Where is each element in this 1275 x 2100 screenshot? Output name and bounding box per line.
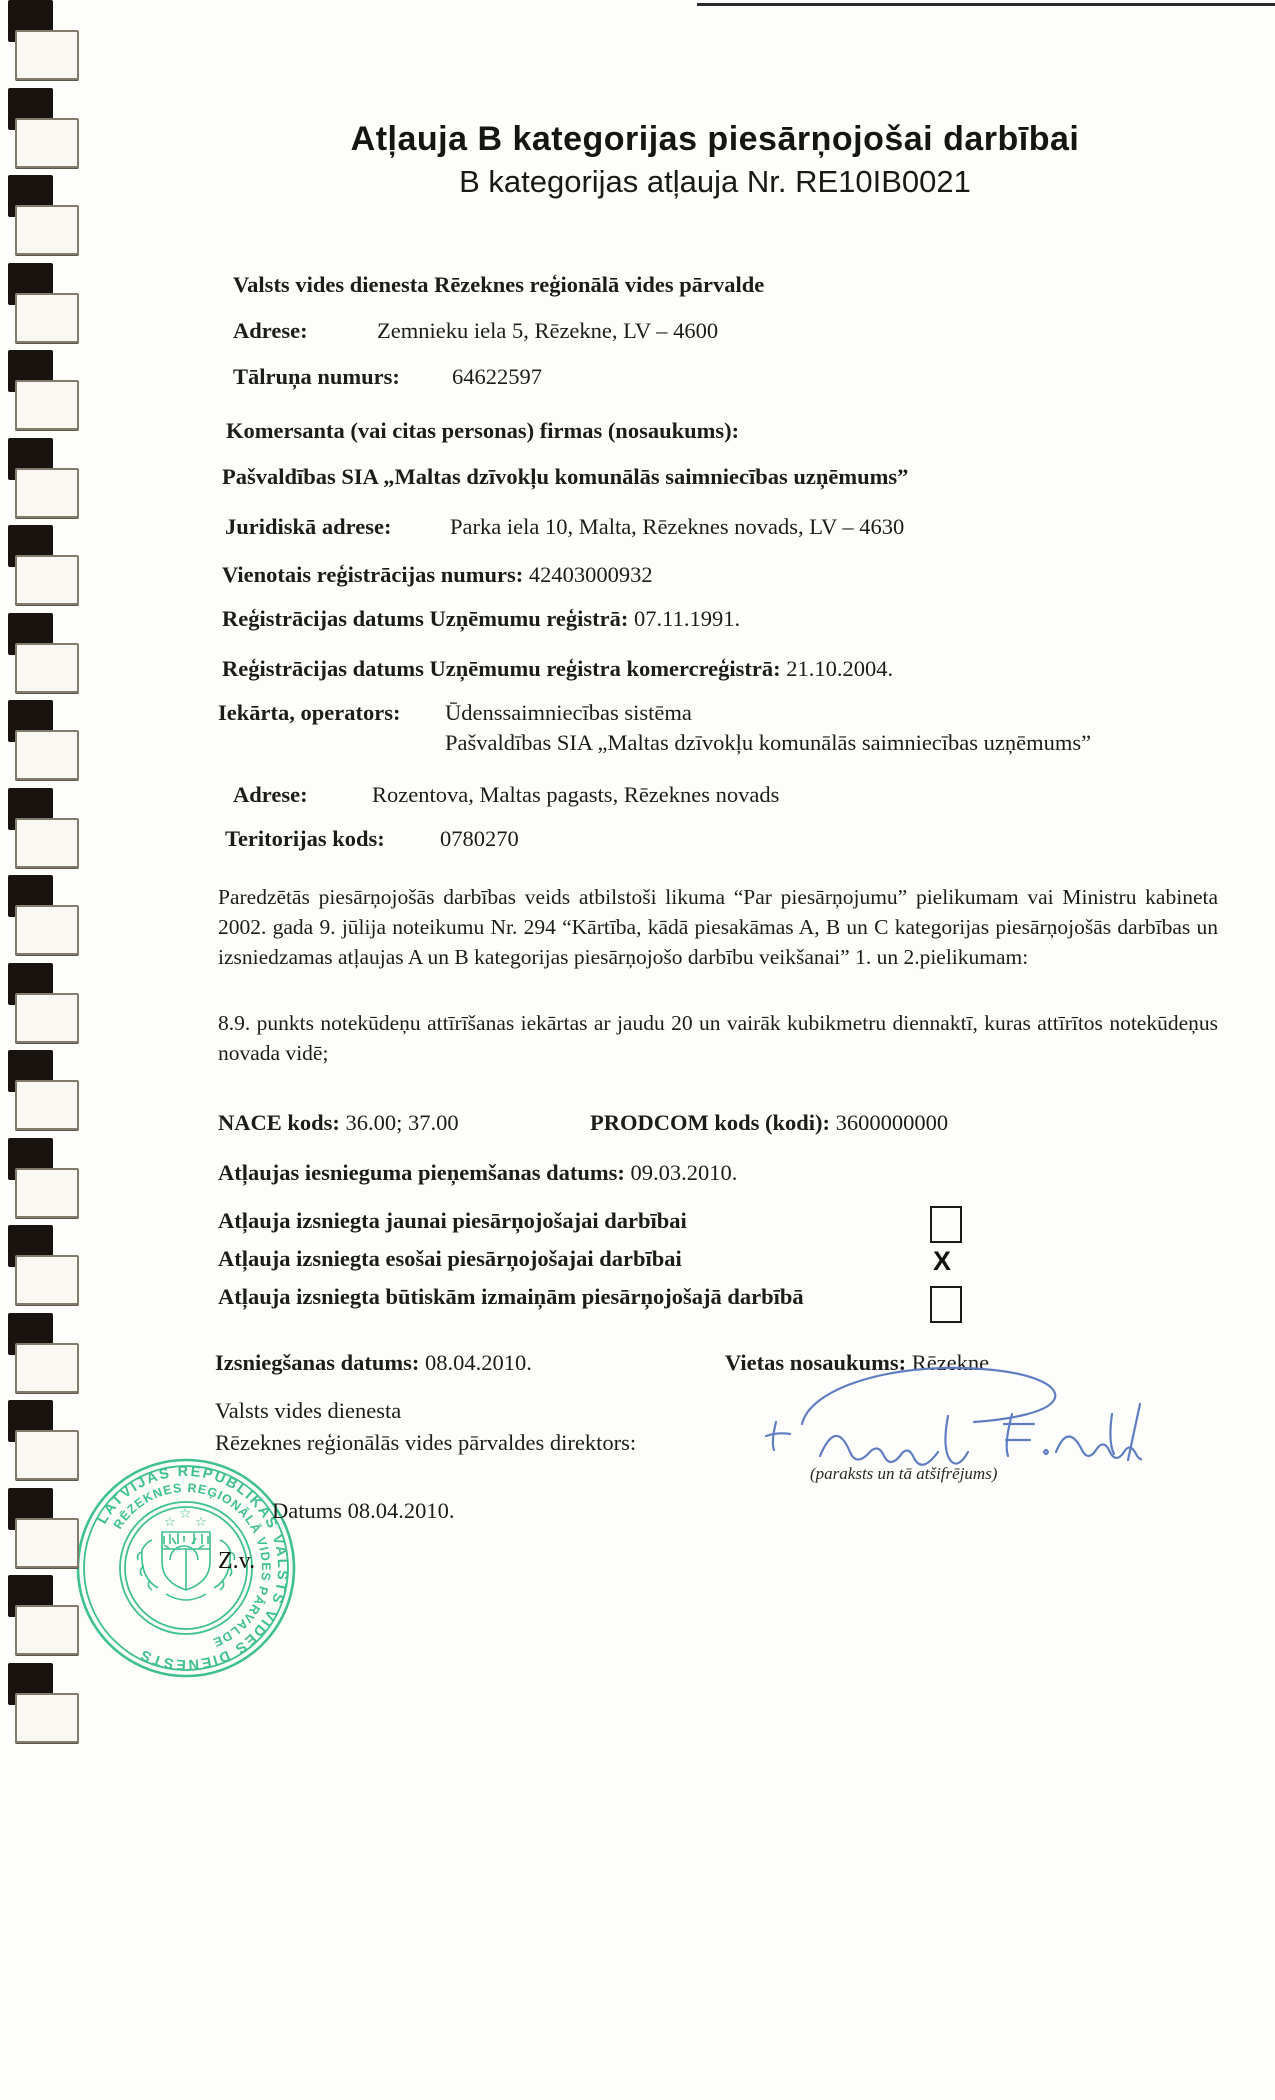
binding-tooth xyxy=(0,788,90,876)
application-date-row: Atļaujas iesnieguma pieņemšanas datums: … xyxy=(218,1160,737,1186)
binding-tooth-tab xyxy=(15,993,79,1043)
firm-label: Komersanta (vai citas personas) firmas (… xyxy=(226,418,739,444)
comm-reg-date-value: 21.10.2004. xyxy=(786,656,893,681)
binding-tooth xyxy=(0,263,90,351)
activity-clause: 8.9. punkts notekūdeņu attīrīšanas iekār… xyxy=(218,1008,1218,1068)
authority-phone-row: Tālruņa numurs: xyxy=(233,364,400,390)
authority-phone-value: 64622597 xyxy=(452,364,542,390)
installation-label: Iekārta, operators: xyxy=(218,700,400,726)
activity-paragraph: Paredzētās piesārņojošās darbības veids … xyxy=(218,882,1218,972)
binding-tooth xyxy=(0,1050,90,1138)
binding-tooth-tab xyxy=(15,1343,79,1393)
issue-date-value: 08.04.2010. xyxy=(425,1350,532,1375)
document-title: Atļauja B kategorijas piesārņojošai darb… xyxy=(0,120,1275,159)
binding-tooth xyxy=(0,1400,90,1488)
reg-date-label: Reģistrācijas datums Uzņēmumu reģistrā: xyxy=(222,606,628,631)
issue-option-new-label: Atļauja izsniegta jaunai piesārņojošajai… xyxy=(218,1208,687,1234)
binding-tooth xyxy=(0,88,90,176)
installation-line1: Ūdenssaimniecības sistēma xyxy=(445,700,692,726)
comm-reg-date-label: Reģistrācijas datums Uzņēmumu reģistra k… xyxy=(222,656,781,681)
binding-tooth-tab xyxy=(15,1605,79,1655)
binding-tooth-tab xyxy=(15,118,79,168)
binding-tooth-tab xyxy=(15,1168,79,1218)
issue-option-new-checkbox[interactable] xyxy=(930,1206,962,1243)
binding-tooth-tab xyxy=(15,905,79,955)
nace-value: 36.00; 37.00 xyxy=(346,1110,459,1135)
nace-label: NACE kods: xyxy=(218,1110,340,1135)
comm-reg-date-row: Reģistrācijas datums Uzņēmumu reģistra k… xyxy=(222,656,893,682)
site-address-value: Rozentova, Maltas pagasts, Rēzeknes nova… xyxy=(372,782,779,808)
territory-code-value: 0780270 xyxy=(440,826,519,852)
signature-date-line: Datums 08.04.2010. xyxy=(272,1498,455,1524)
reg-date-value: 07.11.1991. xyxy=(634,606,740,631)
binding-tooth-tab xyxy=(15,30,79,80)
binding-tooth-tab xyxy=(15,555,79,605)
issue-option-existing-label: Atļauja izsniegta esošai piesārņojošajai… xyxy=(218,1246,682,1272)
binding-comb xyxy=(0,0,90,1760)
binding-tooth xyxy=(0,613,90,701)
binding-tooth xyxy=(0,0,90,88)
binding-tooth-tab xyxy=(15,468,79,518)
installation-line2: Pašvaldības SIA „Maltas dzīvokļu komunāl… xyxy=(445,730,1091,756)
binding-tooth xyxy=(0,1663,90,1751)
binding-tooth-tab xyxy=(15,818,79,868)
application-date-value: 09.03.2010. xyxy=(631,1160,738,1185)
binding-tooth-tab xyxy=(15,1080,79,1130)
authority-name: Valsts vides dienesta Rēzeknes reģionālā… xyxy=(233,272,764,298)
binding-tooth xyxy=(0,438,90,526)
binding-tooth xyxy=(0,1488,90,1576)
issue-date-row: Izsniegšanas datums: 08.04.2010. xyxy=(215,1350,532,1376)
binding-tooth-tab xyxy=(15,1430,79,1480)
binding-tooth-tab xyxy=(15,1255,79,1305)
binding-tooth-tab xyxy=(15,293,79,343)
binding-tooth-tab xyxy=(15,730,79,780)
application-date-label: Atļaujas iesnieguma pieņemšanas datums: xyxy=(218,1160,625,1185)
reg-number-label: Vienotais reģistrācijas numurs: xyxy=(222,562,523,587)
signatory-line1: Valsts vides dienesta xyxy=(215,1398,401,1424)
binding-tooth xyxy=(0,1138,90,1226)
site-address-label: Adrese: xyxy=(233,782,308,808)
binding-tooth xyxy=(0,963,90,1051)
prodcom-value: 3600000000 xyxy=(836,1110,949,1135)
binding-tooth xyxy=(0,700,90,788)
legal-address-value: Parka iela 10, Malta, Rēzeknes novads, L… xyxy=(450,514,904,540)
authority-address-label: Adrese: xyxy=(233,318,308,343)
prodcom-label: PRODCOM kods (kodi): xyxy=(590,1110,830,1135)
binding-tooth xyxy=(0,175,90,263)
nace-row: NACE kods: 36.00; 37.00 xyxy=(218,1110,459,1136)
issue-option-changes-checkbox[interactable] xyxy=(930,1286,962,1323)
firm-name: Pašvaldības SIA „Maltas dzīvokļu komunāl… xyxy=(222,464,908,490)
issue-option-changes-label: Atļauja izsniegta būtiskām izmaiņām pies… xyxy=(218,1284,804,1310)
seal-place-note: Z.v. xyxy=(218,1548,255,1575)
svg-text:☆: ☆ xyxy=(195,1515,207,1530)
svg-text:☆: ☆ xyxy=(179,1506,192,1522)
binding-tooth xyxy=(0,350,90,438)
binding-tooth-tab xyxy=(15,205,79,255)
binding-tooth xyxy=(0,525,90,613)
reg-date-row: Reģistrācijas datums Uzņēmumu reģistrā: … xyxy=(222,606,740,632)
binding-tooth-tab xyxy=(15,643,79,693)
binding-tooth xyxy=(0,1575,90,1663)
reg-number-value: 42403000932 xyxy=(529,562,653,587)
authority-phone-label: Tālruņa numurs: xyxy=(233,364,400,389)
issue-option-existing-checkmark[interactable]: X xyxy=(933,1246,951,1277)
scan-top-edge-line xyxy=(697,3,1275,6)
territory-code-label: Teritorijas kods: xyxy=(225,826,385,852)
prodcom-row: PRODCOM kods (kodi): 3600000000 xyxy=(590,1110,948,1136)
binding-tooth-tab xyxy=(15,1693,79,1743)
binding-tooth-tab xyxy=(15,1518,79,1568)
legal-address-label: Juridiskā adrese: xyxy=(225,514,391,540)
binding-tooth xyxy=(0,1225,90,1313)
signature-scribble-icon xyxy=(762,1362,1142,1482)
svg-text:☆: ☆ xyxy=(164,1515,176,1530)
authority-address-value: Zemnieku iela 5, Rēzekne, LV – 4600 xyxy=(377,318,718,344)
reg-number-row: Vienotais reģistrācijas numurs: 42403000… xyxy=(222,562,653,588)
issue-date-label: Izsniegšanas datums: xyxy=(215,1350,419,1375)
document-subtitle: B kategorijas atļauja Nr. RE10IB0021 xyxy=(0,164,1275,200)
binding-tooth xyxy=(0,1313,90,1401)
binding-tooth-tab xyxy=(15,380,79,430)
official-round-stamp-icon: LATVIJAS REPUBLIKAS VALSTS VIDES DIENEST… xyxy=(66,1448,306,1688)
binding-tooth xyxy=(0,875,90,963)
scanned-document-page: Atļauja B kategorijas piesārņojošai darb… xyxy=(0,0,1275,2100)
authority-address-row: Adrese: xyxy=(233,318,308,344)
